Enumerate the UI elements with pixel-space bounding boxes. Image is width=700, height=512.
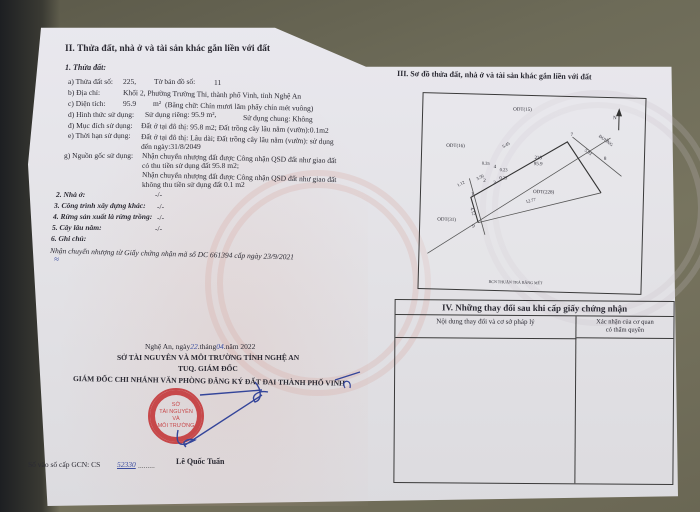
- edge-label: 0.23: [499, 173, 507, 183]
- neighbor-odt228: ODT(228): [533, 188, 554, 199]
- point-label: 3: [493, 179, 496, 189]
- parcel-sketch-map: N ODT(15) ODT(16) ODT(228) ODT(31) ĐƯỜNG…: [417, 92, 646, 295]
- north-arrow-label: N: [613, 114, 617, 124]
- column-header-change-content: Nội dung thay đổi và cơ sở pháp lý: [395, 315, 576, 339]
- neighbor-odt15: ODT(15): [513, 105, 532, 115]
- col2-line1: Xác nhận của cơ quan: [596, 318, 654, 325]
- edge-label: 0.35: [482, 159, 490, 169]
- column-divider: [574, 338, 576, 483]
- point-label: 8: [604, 155, 607, 165]
- point-label: 1: [471, 190, 474, 200]
- signer-name: Lê Quốc Tuấn: [176, 457, 224, 467]
- registry-dots: .........: [138, 461, 155, 471]
- parcel-number-area: 22595.9: [534, 156, 543, 168]
- parcel-number: 225: [534, 156, 542, 161]
- registry-label: Số vào sổ cấp GCN: CS: [28, 460, 100, 470]
- neighbor-odt16: ODT(16): [446, 142, 465, 152]
- changes-table: IV. Những thay đổi sau khi cấp giấy chứn…: [393, 299, 674, 485]
- registry-value: 52330: [117, 460, 136, 470]
- column-header-authority-confirmation: Xác nhận của cơ quancó thẩm quyền: [576, 316, 673, 339]
- col2-line2: có thẩm quyền: [606, 326, 644, 333]
- neighbor-odt31: ODT(31): [437, 216, 456, 226]
- point-label: 9: [472, 222, 475, 232]
- parcel-area: 95.9: [534, 162, 543, 167]
- point-label: 4: [494, 163, 497, 173]
- scale-note: BCN THUẬN TRẢ BẰNG MÉT: [489, 277, 543, 288]
- point-label: 2: [483, 177, 486, 187]
- point-label: 7: [570, 131, 573, 141]
